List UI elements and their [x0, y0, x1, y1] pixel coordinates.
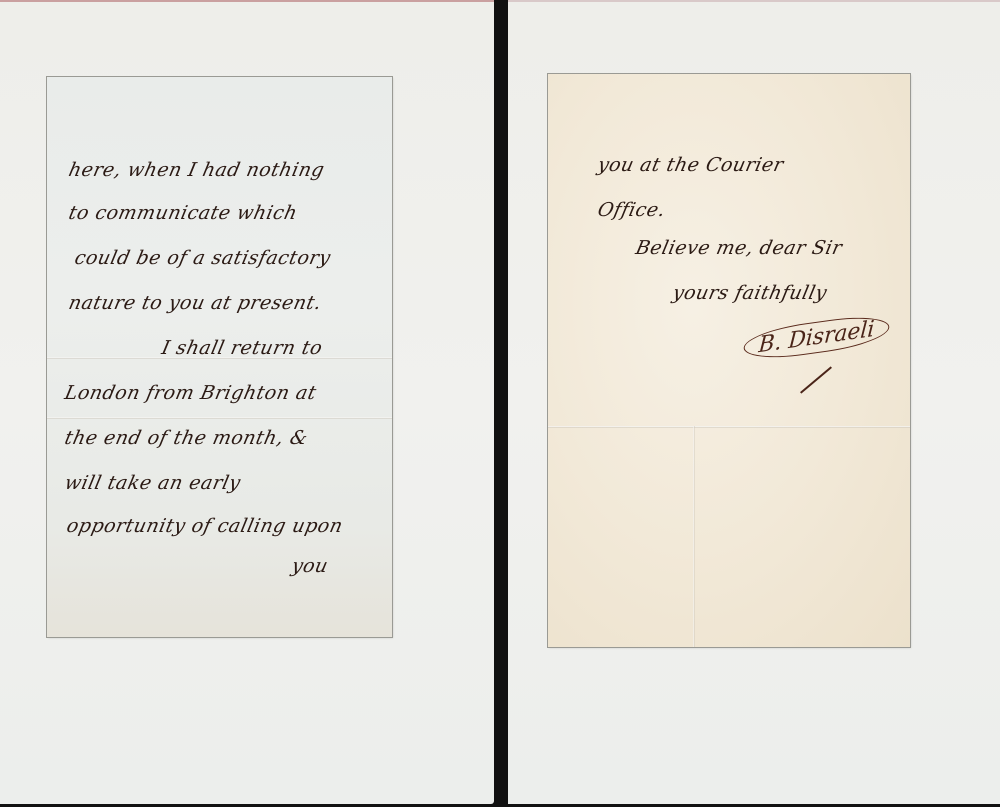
letter-line: Office.	[596, 199, 668, 221]
letter-line: the end of the month, &	[63, 427, 310, 449]
signature: B. Disraeli	[743, 311, 891, 363]
right-letter-page: you at the Courier Office. Believe me, d…	[548, 74, 910, 647]
letter-line: will take an early	[63, 472, 243, 494]
letter-line: opportunity of calling upon	[65, 515, 345, 537]
right-mount-card: you at the Courier Office. Believe me, d…	[508, 0, 1000, 804]
letter-line: you at the Courier	[596, 154, 786, 176]
letter-line: could be of a satisfactory	[73, 247, 333, 269]
letter-line: nature to you at present.	[67, 292, 324, 314]
letter-line: here, when I had nothing	[67, 159, 327, 181]
left-letter-page: here, when I had nothing to communicate …	[47, 77, 392, 637]
letter-line: Believe me, dear Sir	[634, 237, 845, 259]
letter-line: I shall return to	[160, 337, 325, 359]
letter-line: yours faithfully	[671, 282, 829, 304]
fold-line	[693, 426, 695, 647]
left-mount-card: here, when I had nothing to communicate …	[0, 0, 494, 804]
fold-line	[47, 417, 392, 419]
letter-line: you	[290, 555, 331, 577]
letter-line: London from Brighton at	[63, 382, 319, 404]
letter-line: to communicate which	[67, 202, 300, 224]
fold-line	[548, 426, 910, 428]
signature-flourish	[800, 366, 832, 393]
